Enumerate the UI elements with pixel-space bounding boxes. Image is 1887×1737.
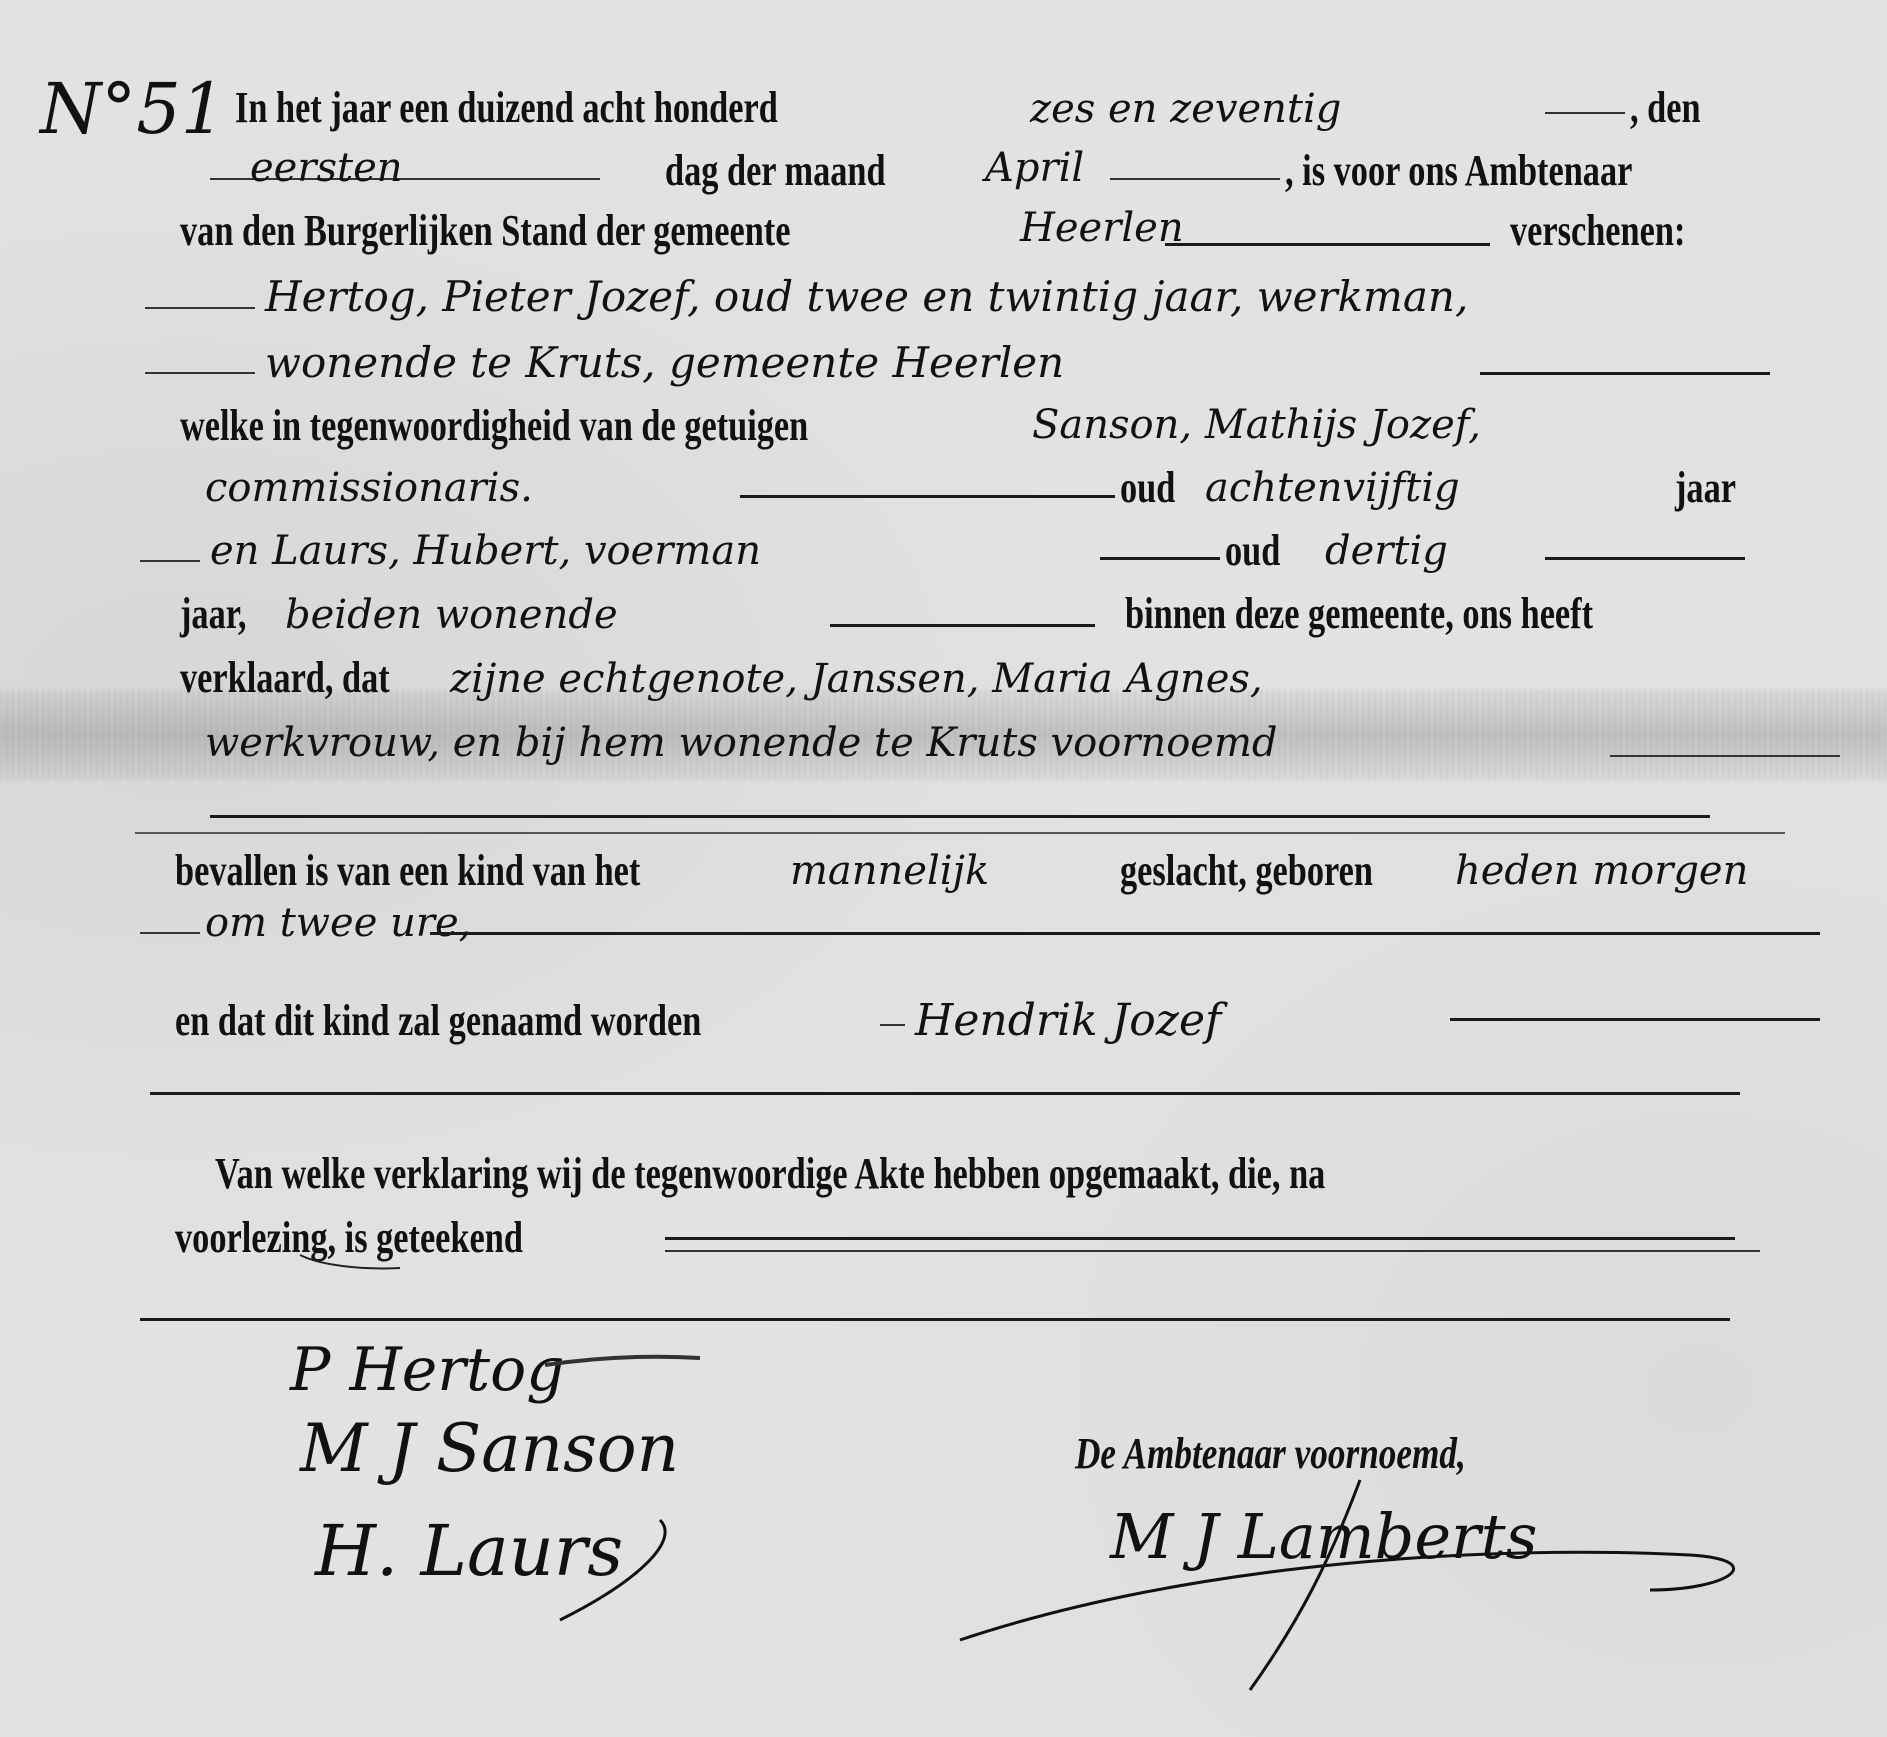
signature-flourishes [0, 0, 1887, 1737]
document-page: N°51 In het jaar een duizend acht honder… [0, 0, 1887, 1737]
